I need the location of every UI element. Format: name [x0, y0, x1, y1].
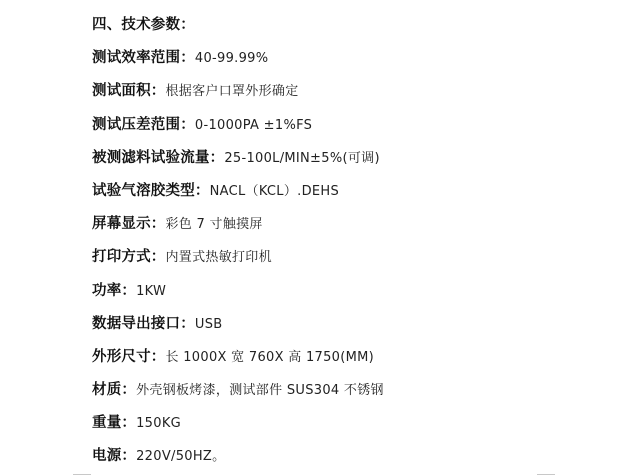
spec-list: 四、技术参数： 测试效率范围：40-99.99% 测试面积：根据客户口罩外形确定… — [92, 14, 384, 476]
spec-row-power: 功率：1KW — [92, 280, 384, 313]
spec-label: 试验气溶胶类型： — [92, 183, 210, 199]
spec-label: 测试压差范围： — [92, 117, 195, 133]
spec-label: 电源： — [92, 448, 136, 464]
spec-label: 外形尺寸： — [92, 349, 166, 365]
spec-row-weight: 重量：150KG — [92, 412, 384, 445]
spec-row-data-export: 数据导出接口：USB — [92, 313, 384, 346]
spec-row-display: 屏幕显示：彩色 7 寸触摸屏 — [92, 213, 384, 246]
spec-label: 测试面积： — [92, 83, 166, 99]
spec-value: 彩色 7 寸触摸屏 — [166, 217, 263, 232]
spec-row-dimensions: 外形尺寸：长 1000X 宽 760X 高 1750(MM) — [92, 346, 384, 379]
heading-text: 四、技术参数： — [92, 17, 195, 33]
spec-label: 测试效率范围： — [92, 50, 195, 66]
spec-row-material: 材质：外壳钢板烤漆，测试部件 SUS304 不锈钢 — [92, 379, 384, 412]
spec-value: 根据客户口罩外形确定 — [166, 84, 299, 99]
spec-value: USB — [195, 317, 223, 332]
spec-label: 被测滤料试验流量： — [92, 150, 224, 166]
spec-row-printer: 打印方式：内置式热敏打印机 — [92, 246, 384, 279]
spec-row-flow-rate: 被测滤料试验流量：25-100L/MIN±5%(可调) — [92, 147, 384, 180]
spec-label: 材质： — [92, 382, 136, 398]
spec-value: 220V/50HZ。 — [136, 449, 225, 464]
page-margin-mark-right — [537, 474, 555, 475]
spec-label: 功率： — [92, 283, 136, 299]
page-margin-mark-left — [73, 474, 91, 475]
spec-row-pressure-range: 测试压差范围：0-1000PA ±1%FS — [92, 114, 384, 147]
document-page: 四、技术参数： 测试效率范围：40-99.99% 测试面积：根据客户口罩外形确定… — [0, 0, 628, 476]
spec-value: 0-1000PA ±1%FS — [195, 118, 312, 133]
spec-row-test-area: 测试面积：根据客户口罩外形确定 — [92, 80, 384, 113]
spec-row-aerosol-type: 试验气溶胶类型：NACL（KCL）.DEHS — [92, 180, 384, 213]
spec-value: 40-99.99% — [195, 51, 269, 66]
spec-label: 重量： — [92, 415, 136, 431]
spec-value: 25-100L/MIN±5%(可调) — [224, 151, 380, 166]
spec-value: 外壳钢板烤漆，测试部件 SUS304 不锈钢 — [136, 383, 384, 398]
spec-label: 屏幕显示： — [92, 216, 166, 232]
spec-value: 长 1000X 宽 760X 高 1750(MM) — [166, 350, 375, 365]
spec-row-power-supply: 电源：220V/50HZ。 — [92, 445, 384, 476]
spec-label: 打印方式： — [92, 249, 166, 265]
spec-value: 150KG — [136, 416, 181, 431]
spec-label: 数据导出接口： — [92, 316, 195, 332]
section-heading: 四、技术参数： — [92, 14, 384, 47]
spec-row-efficiency-range: 测试效率范围：40-99.99% — [92, 47, 384, 80]
spec-value: NACL（KCL）.DEHS — [210, 184, 339, 199]
spec-value: 1KW — [136, 284, 166, 299]
spec-value: 内置式热敏打印机 — [166, 250, 272, 265]
